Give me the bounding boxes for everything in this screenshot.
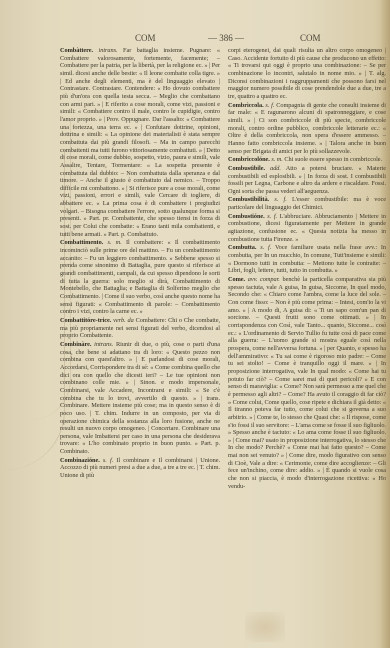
grammar-label: intrans. <box>99 47 118 54</box>
grammar-label: verb. da <box>113 317 134 324</box>
definition: Far battaglia insieme. Pugnare: « Combat… <box>60 47 220 238</box>
right-column: corpi eterogenei, dai quali risulta un a… <box>228 47 386 491</box>
definition: corpi eterogenei, dai quali risulta un a… <box>228 47 386 100</box>
dictionary-entry: Combustìbile. add. Atto a potersi brucia… <box>228 165 386 196</box>
left-column: Combàttere. intrans. Far battaglia insie… <box>60 47 220 481</box>
page-number: — 386 — <box>208 33 244 43</box>
dictionary-entry: Combustibilità. s. f. L'esser combustibi… <box>228 196 386 211</box>
grammar-label: s. f. <box>265 102 274 109</box>
headword: Come. <box>228 276 245 283</box>
right-guide-word: COM <box>300 33 321 43</box>
headword: Combrìccola. <box>228 102 264 109</box>
definition: Riunir di due, o più, cose o parti d'una… <box>60 341 220 455</box>
grammar-label: s. f. <box>267 213 277 220</box>
definition: Chi suole essere spesso in combriccole. <box>284 156 382 163</box>
dictionary-entry: Combinàre. intrans. Riunir di due, o più… <box>60 341 220 456</box>
grammar-label: s. f. <box>274 196 286 203</box>
grammar-label: s. f. <box>260 244 271 251</box>
grammar-label: s. m. <box>107 239 121 246</box>
headword: Combriccolóne. <box>228 156 270 163</box>
headword: Combustibilità. <box>228 196 269 203</box>
headword: Combattimento. <box>60 239 103 246</box>
headword: Combattitóre-trice. <box>60 317 111 324</box>
dictionary-entry: Combrìccola. s. f. Compagnia di gente ch… <box>228 102 386 156</box>
grammar-label: intrans. <box>94 341 113 348</box>
headword: Combutta. <box>228 244 256 251</box>
binding-shadow <box>380 0 390 648</box>
dictionary-entry: Combinazióne. s. f. Il combinare e Il co… <box>60 457 220 480</box>
running-header: COM — 386 — COM <box>60 33 370 45</box>
dictionary-entry: Combutta. s. f. Voce familiare usata nel… <box>228 244 386 275</box>
headword: Combàttere. <box>60 47 93 54</box>
grammar-label: avv. compar. <box>248 276 280 283</box>
dictionary-entry: Come. avv. compar. benchè la particella … <box>228 276 386 490</box>
dictionary-entry: Combattimento. s. m. Il combattere: « Il… <box>60 239 220 316</box>
paper-stain <box>245 612 285 642</box>
grammar-label: s. f. <box>103 457 113 464</box>
dictionary-entry-continuation: corpi eterogenei, dai quali risulta un a… <box>228 47 386 101</box>
dictionary-entry: Combustióne. s. f. L'abbruciare. Abbruci… <box>228 213 386 244</box>
definition: Il combattere: « Il combattimento incomi… <box>60 239 220 315</box>
dictionary-entry: Combriccolóne. s. m. Chi suole essere sp… <box>228 156 386 164</box>
grammar-label: add. <box>270 165 281 172</box>
headword: Combinazióne. <box>60 457 100 464</box>
headword: Combustióne. <box>228 213 265 220</box>
definition: Compagnia di gente che consulti insieme … <box>228 102 386 155</box>
left-guide-word: COM <box>135 33 156 43</box>
headword: Combinàre. <box>60 341 91 348</box>
dictionary-entry: Combàttere. intrans. Far battaglia insie… <box>60 47 220 238</box>
grammar-label: s. m. <box>271 156 282 163</box>
dictionary-entry: Combattitóre-trice. verb. da Combattere:… <box>60 317 220 340</box>
definition: benchè la particella comparativa sia più… <box>228 276 386 490</box>
headword: Combustìbile. <box>228 165 265 172</box>
